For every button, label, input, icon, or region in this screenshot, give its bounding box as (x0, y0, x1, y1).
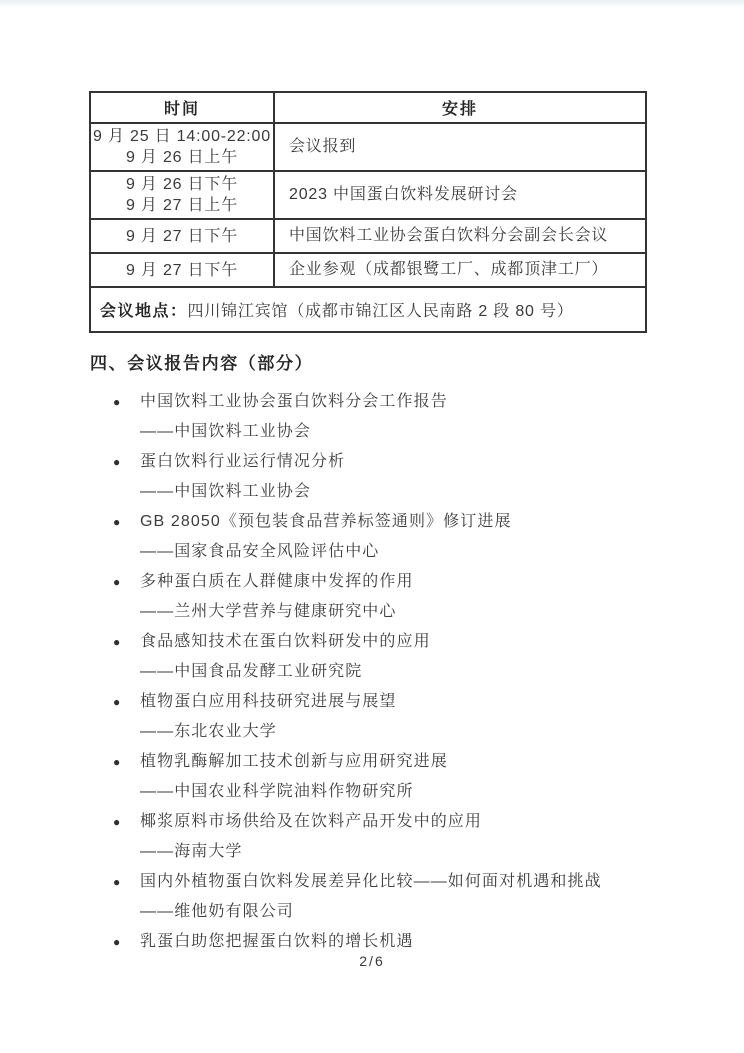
report-presenter: ——海南大学 (113, 837, 673, 867)
report-title: GB 28050《预包装食品营养标签通则》修订进展 (140, 507, 512, 537)
list-item: ● 蛋白饮料行业运行情况分析 ——中国饮料工业协会 (113, 447, 673, 507)
bullet-icon: ● (113, 507, 140, 537)
report-presenter: ——国家食品安全风险评估中心 (113, 537, 673, 567)
report-title: 中国饮料工业协会蛋白饮料分会工作报告 (140, 387, 448, 417)
venue-cell: 会议地点：四川锦江宾馆（成都市锦江区人民南路 2 段 80 号） (90, 287, 646, 332)
list-item: ● 食品感知技术在蛋白饮料研发中的应用 ——中国食品发酵工业研究院 (113, 627, 673, 687)
list-item: ● 多种蛋白质在人群健康中发挥的作用 ——兰州大学营养与健康研究中心 (113, 567, 673, 627)
time-line: 9 月 26 日上午 (93, 147, 271, 168)
document-page: 时间 安排 9 月 25 日 14:00-22:00 9 月 26 日上午 会议… (0, 0, 744, 1053)
schedule-table: 时间 安排 9 月 25 日 14:00-22:00 9 月 26 日上午 会议… (89, 91, 647, 333)
report-title: 国内外植物蛋白饮料发展差异化比较——如何面对机遇和挑战 (140, 867, 602, 897)
bullet-icon: ● (113, 807, 140, 837)
scan-artifact (0, 0, 744, 7)
list-item: ● 椰浆原料市场供给及在饮料产品开发中的应用 ——海南大学 (113, 807, 673, 867)
report-list: ● 中国饮料工业协会蛋白饮料分会工作报告 ——中国饮料工业协会 ● 蛋白饮料行业… (113, 387, 673, 957)
report-title: 蛋白饮料行业运行情况分析 (140, 447, 345, 477)
time-cell: 9 月 25 日 14:00-22:00 9 月 26 日上午 (90, 123, 274, 171)
venue-label: 会议地点： (100, 303, 188, 320)
report-presenter: ——中国饮料工业协会 (113, 477, 673, 507)
page-number: 2/6 (0, 953, 744, 969)
arrangement-cell: 会议报到 (274, 123, 646, 171)
bullet-icon: ● (113, 687, 140, 717)
time-line: 9 月 27 日下午 (93, 260, 271, 281)
table-venue-row: 会议地点：四川锦江宾馆（成都市锦江区人民南路 2 段 80 号） (90, 287, 646, 332)
report-title: 食品感知技术在蛋白饮料研发中的应用 (140, 627, 431, 657)
table-row: 9 月 27 日下午 中国饮料工业协会蛋白饮料分会副会长会议 (90, 219, 646, 253)
table-row: 9 月 25 日 14:00-22:00 9 月 26 日上午 会议报到 (90, 123, 646, 171)
report-presenter: ——兰州大学营养与健康研究中心 (113, 597, 673, 627)
report-title: 植物乳酶解加工技术创新与应用研究进展 (140, 747, 448, 777)
list-item: ● GB 28050《预包装食品营养标签通则》修订进展 ——国家食品安全风险评估… (113, 507, 673, 567)
table-row: 9 月 27 日下午 企业参观（成都银鹭工厂、成都顶津工厂） (90, 253, 646, 287)
bullet-icon: ● (113, 447, 140, 477)
time-line: 9 月 27 日下午 (93, 226, 271, 247)
bullet-icon: ● (113, 747, 140, 777)
report-presenter: ——中国食品发酵工业研究院 (113, 657, 673, 687)
report-presenter: ——维他奶有限公司 (113, 897, 673, 927)
time-line: 9 月 27 日上午 (93, 195, 271, 216)
time-cell: 9 月 27 日下午 (90, 253, 274, 287)
time-cell: 9 月 27 日下午 (90, 219, 274, 253)
list-item: ● 植物乳酶解加工技术创新与应用研究进展 ——中国农业科学院油料作物研究所 (113, 747, 673, 807)
bullet-icon: ● (113, 567, 140, 597)
report-presenter: ——中国农业科学院油料作物研究所 (113, 777, 673, 807)
bullet-icon: ● (113, 867, 140, 897)
venue-value: 四川锦江宾馆（成都市锦江区人民南路 2 段 80 号） (188, 303, 574, 320)
bullet-icon: ● (113, 627, 140, 657)
arrangement-cell: 企业参观（成都银鹭工厂、成都顶津工厂） (274, 253, 646, 287)
section-heading: 四、会议报告内容（部分） (90, 349, 313, 374)
table-row: 9 月 26 日下午 9 月 27 日上午 2023 中国蛋白饮料发展研讨会 (90, 171, 646, 219)
time-line: 9 月 25 日 14:00-22:00 (93, 126, 271, 147)
column-header-time: 时间 (90, 92, 274, 123)
time-line: 9 月 26 日下午 (93, 174, 271, 195)
arrangement-cell: 2023 中国蛋白饮料发展研讨会 (274, 171, 646, 219)
bullet-icon: ● (113, 387, 140, 417)
arrangement-cell: 中国饮料工业协会蛋白饮料分会副会长会议 (274, 219, 646, 253)
column-header-arrangement: 安排 (274, 92, 646, 123)
report-title: 植物蛋白应用科技研究进展与展望 (140, 687, 397, 717)
time-cell: 9 月 26 日下午 9 月 27 日上午 (90, 171, 274, 219)
table-header-row: 时间 安排 (90, 92, 646, 123)
list-item: ● 国内外植物蛋白饮料发展差异化比较——如何面对机遇和挑战 ——维他奶有限公司 (113, 867, 673, 927)
report-presenter: ——东北农业大学 (113, 717, 673, 747)
report-title: 多种蛋白质在人群健康中发挥的作用 (140, 567, 414, 597)
list-item: ● 中国饮料工业协会蛋白饮料分会工作报告 ——中国饮料工业协会 (113, 387, 673, 447)
list-item: ● 植物蛋白应用科技研究进展与展望 ——东北农业大学 (113, 687, 673, 747)
report-presenter: ——中国饮料工业协会 (113, 417, 673, 447)
report-title: 椰浆原料市场供给及在饮料产品开发中的应用 (140, 807, 482, 837)
